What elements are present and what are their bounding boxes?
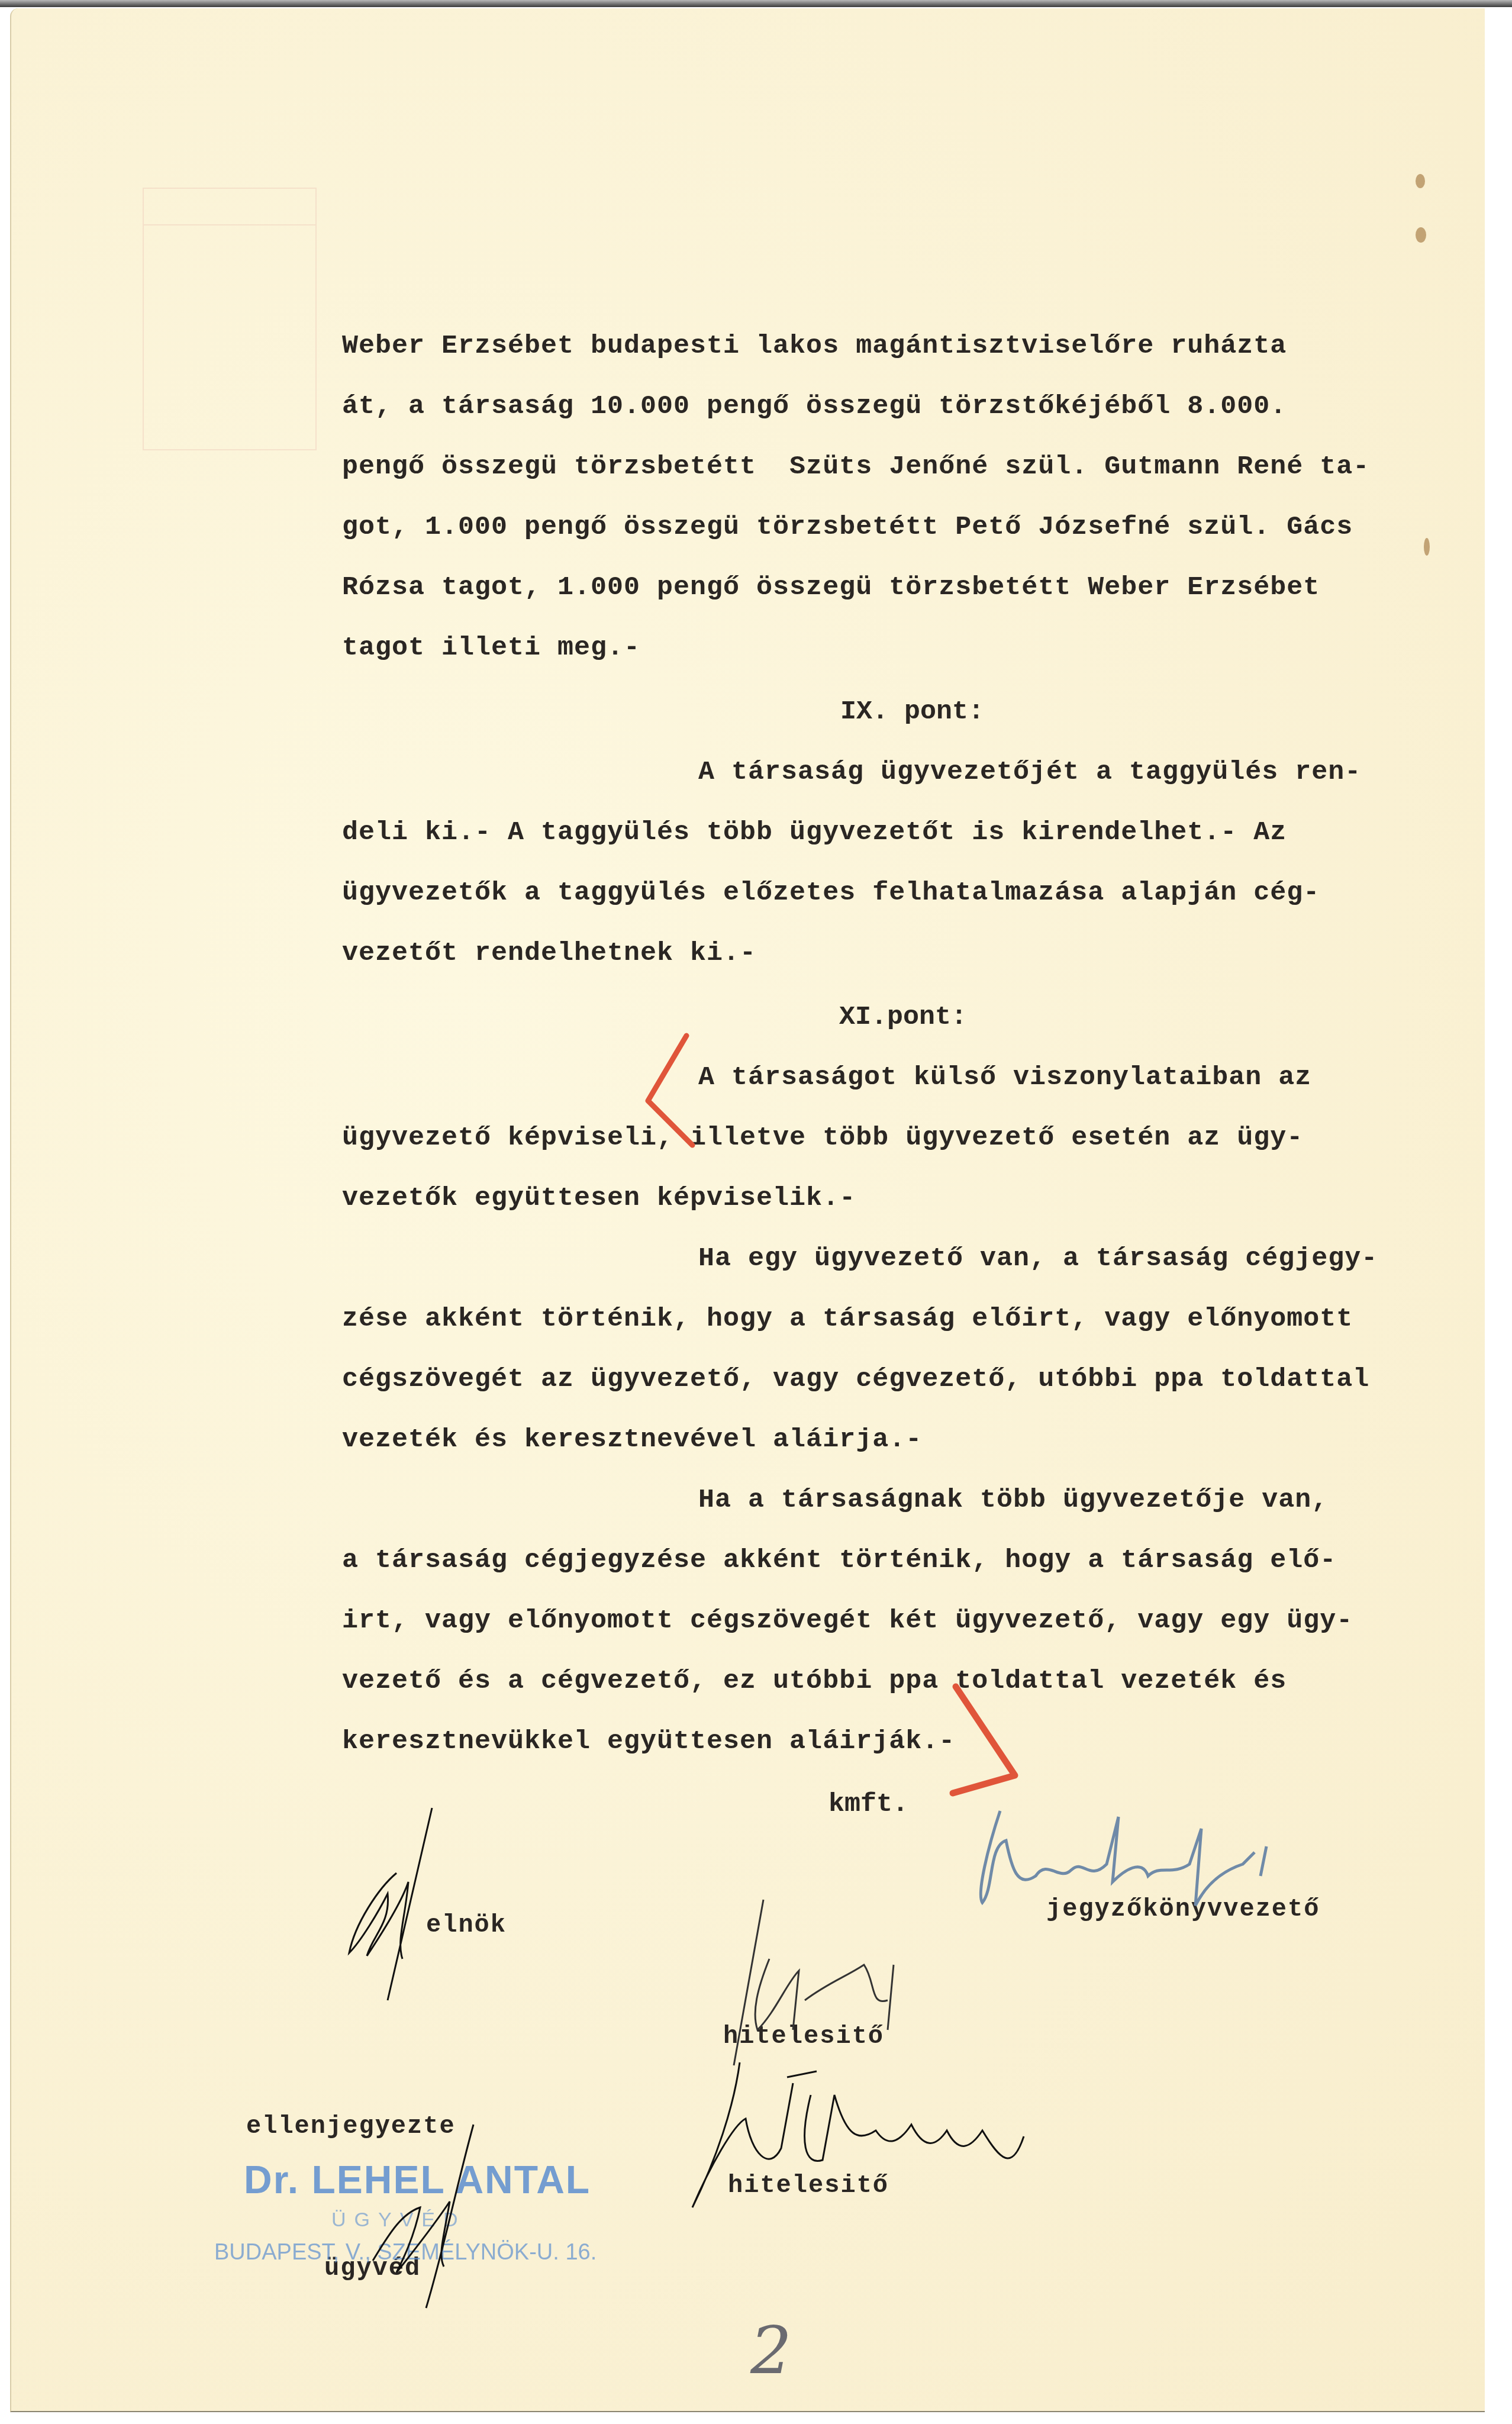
stain [1416,174,1425,188]
stain [1416,227,1426,243]
text-line: át, a társaság 10.000 pengő összegü törz… [342,393,1287,420]
text-line: vezeték és keresztnevével aláirja.- [342,1426,922,1453]
text-line: ügyvezető képviseli, illetve több ügyvez… [342,1124,1303,1151]
text-line: Ha egy ügyvezető van, a társaság cégjegy… [698,1245,1378,1272]
signature-authenticator-2 [681,2059,1071,2213]
signature-authenticator-1 [710,1894,911,2065]
red-bracket-mark-right [941,1681,1047,1799]
section-heading-xi: XI.pont: [839,1004,967,1030]
closing-kmft: kmft. [828,1791,908,1817]
section-heading-ix: IX. pont: [840,698,984,725]
text-line: deli ki.- A taggyülés több ügyvezetőt is… [342,819,1287,846]
text-line: got, 1.000 pengő összegü törzsbetétt Pet… [342,514,1353,540]
signature-recorder [971,1799,1302,1917]
page-number: 2 [750,2313,792,2388]
red-bracket-mark-left [615,1030,698,1148]
text-line: tagot illeti meg.- [342,634,640,661]
text-line: vezetők együttesen képviselik.- [342,1185,856,1211]
text-line: Ha a társaságnak több ügyvezetője van, [698,1487,1328,1513]
text-line: cégszövegét az ügyvezető, vagy cégvezető… [342,1366,1369,1392]
text-line: irt, vagy előnyomott cégszövegét két ügy… [342,1607,1353,1634]
text-line: Weber Erzsébet budapesti lakos magántisz… [342,333,1287,359]
text-line: zése akként történik, hogy a társaság el… [342,1306,1353,1332]
text-line: pengő összegü törzsbetétt Szüts Jenőné s… [342,453,1369,480]
text-line: keresztnevükkel együttesen aláirják.- [342,1728,955,1755]
text-line: Rózsa tagot, 1.000 pengő összegü törzsbe… [342,574,1320,601]
signature-lawyer [355,2119,509,2314]
text-line: vezetőt rendelhetnek ki.- [342,940,756,966]
text-line: vezető és a cégvezető, ez utóbbi ppa tol… [342,1668,1287,1694]
text-line: A társaságot külső viszonylataiban az [698,1064,1311,1091]
text-line: A társaság ügyvezetőjét a taggyülés ren- [698,759,1361,785]
text-line: a társaság cégjegyzése akként történik, … [342,1547,1336,1574]
text-line: ügyvezetők a taggyülés előzetes felhatal… [342,879,1320,906]
bleed-through-stamp [143,188,317,450]
signature-chairman [331,1805,485,1994]
scanner-top-edge [0,0,1512,7]
stain [1424,538,1430,556]
